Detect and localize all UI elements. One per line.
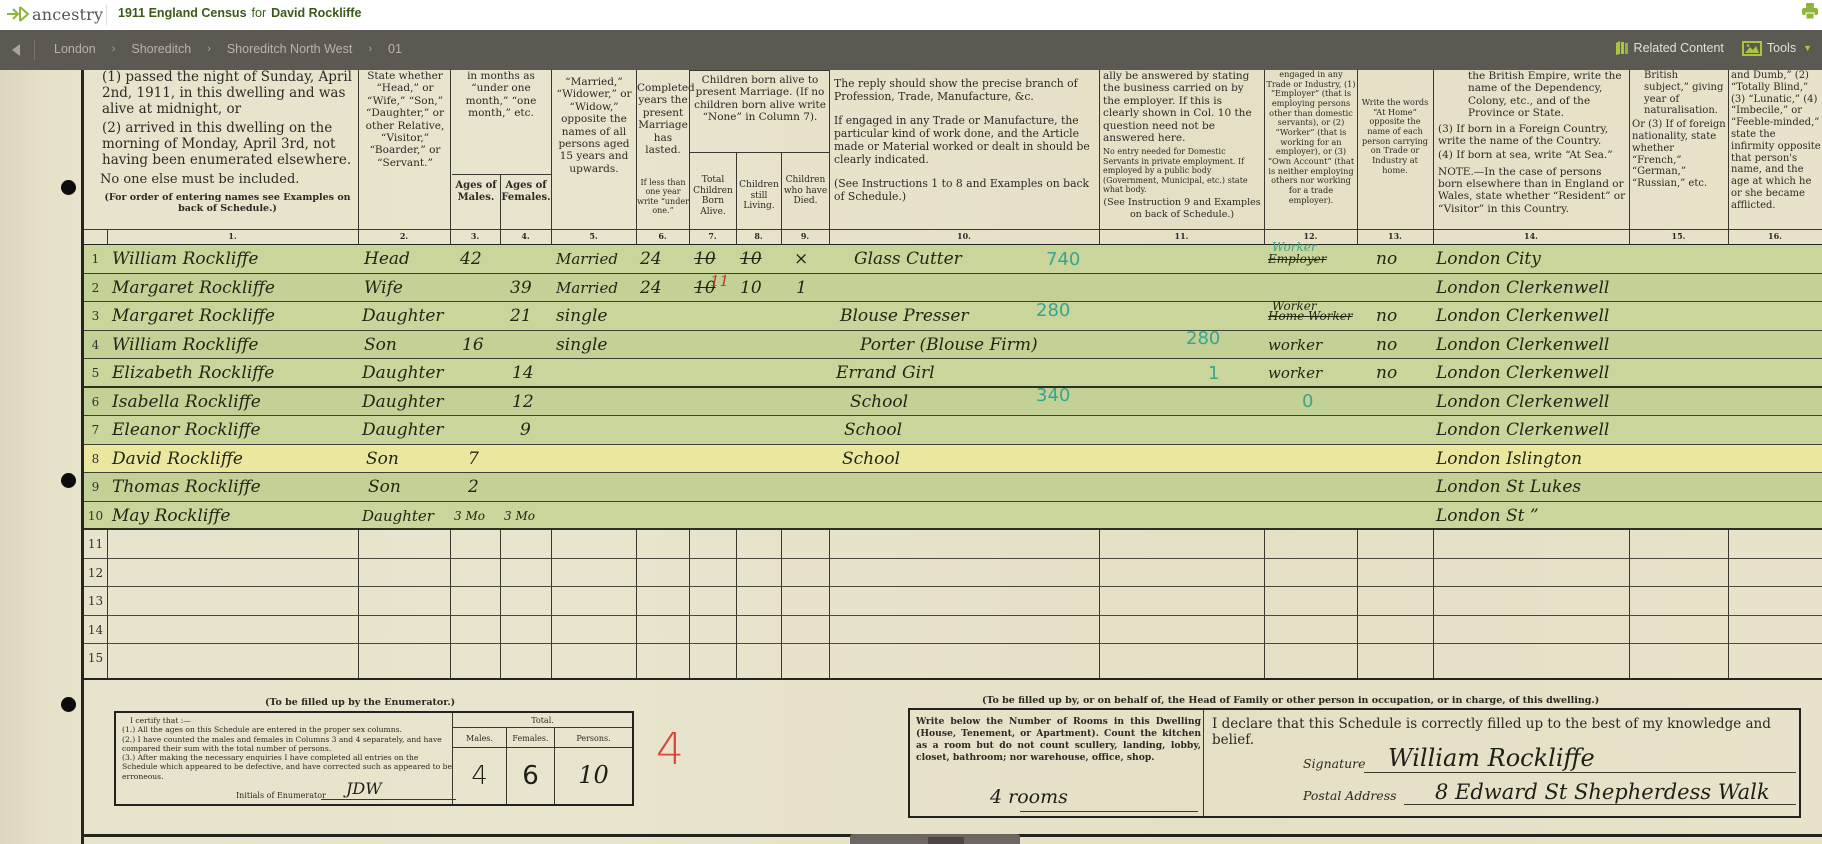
age-female-cell: 39	[510, 274, 532, 302]
age-female-cell: 12	[512, 388, 534, 416]
col11-header-b: No entry needed for Domestic Servants in…	[1103, 147, 1261, 194]
col6-note: If less than one year write “under one.”	[637, 178, 689, 216]
head-of-family-heading: (To be filled up by, or on behalf of, th…	[982, 695, 1599, 706]
column-number: 2.	[358, 231, 450, 245]
col6-header: Completed years the present Marriage has…	[637, 82, 689, 156]
rule	[321, 799, 456, 800]
rule	[453, 727, 632, 728]
occupation-code: 340	[1036, 382, 1070, 410]
signature-label: Signature	[1303, 756, 1366, 771]
rule	[84, 229, 1822, 230]
page-title: 1911 England CensusforDavid Rockliffe	[118, 6, 361, 20]
row-number: 3	[84, 302, 107, 330]
occupation-code: 280	[1036, 296, 1070, 324]
relation-cell: Son	[368, 473, 401, 501]
collection-title: 1911 England Census	[118, 6, 247, 20]
row-number: 10	[84, 502, 107, 530]
col34-header: in months as “under one month,” “one mon…	[452, 70, 550, 120]
occupation-cell: Glass Cutter	[854, 245, 962, 273]
row-number: 6	[84, 388, 107, 416]
age-male-cell: 16	[462, 331, 484, 359]
row-number: 1	[84, 245, 107, 273]
row-number: 11	[84, 530, 107, 558]
enumerator-initials: JDW	[346, 779, 382, 798]
column-number: 5.	[551, 231, 636, 245]
table-row[interactable]: 1 William Rockliffe Head 42 Married 24 1…	[84, 245, 1822, 274]
table-row[interactable]: 6 Isabella Rockliffe Daughter 12 School …	[84, 388, 1822, 417]
age-female-cell: 9	[520, 416, 531, 444]
certify-item-3: (3.) After making the necessary enquirie…	[122, 753, 452, 781]
industry-code: 1	[1208, 359, 1219, 387]
column-number: 4.	[500, 231, 551, 245]
col10-header-a: The reply should show the precise branch…	[834, 78, 1096, 103]
punch-hole	[61, 473, 76, 488]
table-row[interactable]: 10 May Rockliffe Daughter 3 Mo 3 Mo Lond…	[84, 502, 1822, 531]
certify-item-1: (1.) All the ages on this Schedule are e…	[122, 725, 452, 734]
birthplace-cell: London City	[1436, 245, 1541, 273]
column-number: 9.	[781, 231, 829, 245]
rule	[1020, 811, 1198, 812]
person-name-cell: William Rockliffe	[112, 331, 258, 359]
table-row-empty: 14	[84, 616, 1822, 645]
occupation-cell: School	[850, 388, 908, 416]
chevron-right-icon: ›	[207, 43, 211, 55]
living-cell: 10	[740, 245, 762, 273]
breadcrumb-01[interactable]: 01	[388, 42, 402, 56]
at-home-cell: no	[1376, 359, 1397, 387]
age-male-cell: 7	[468, 445, 479, 473]
chevron-right-icon: ›	[112, 43, 116, 55]
related-content-label: Related Content	[1634, 41, 1724, 55]
person-name-cell: Elizabeth Rockliffe	[112, 359, 274, 387]
relation-cell: Son	[364, 331, 397, 359]
enumerator-heading: (To be filled up by the Enumerator.)	[265, 697, 455, 708]
postal-address-label: Postal Address	[1303, 788, 1397, 803]
table-row[interactable]: 9 Thomas Rockliffe Son 2 London St Lukes	[84, 473, 1822, 502]
breadcrumb-shoreditch[interactable]: Shoreditch	[131, 42, 191, 56]
age-male-cell: 42	[460, 245, 482, 273]
col15-header-b: Or (3) If of foreign nationality, state …	[1632, 119, 1726, 190]
person-name: David Rockliffe	[271, 6, 361, 20]
row-number: 8	[84, 445, 107, 473]
industry-code: 280	[1186, 325, 1220, 353]
col11-header-a: ally be answered by stating the business…	[1103, 70, 1261, 144]
column-number: 3.	[450, 231, 500, 245]
col10-header: The reply should show the precise branch…	[834, 78, 1096, 204]
table-row[interactable]: 3 Margaret Rockliffe Daughter 21 single …	[84, 302, 1822, 331]
tools-button[interactable]: Tools ▼	[1742, 41, 1812, 56]
rule	[1203, 710, 1204, 816]
col1-instruction-2: (2) arrived in this dwelling on the morn…	[100, 121, 355, 169]
col3-subheader: Ages of Males.	[452, 180, 500, 204]
col11-header: ally be answered by stating the business…	[1103, 70, 1261, 220]
age-male-cell: 3 Mo	[454, 502, 485, 530]
caret-down-icon: ▼	[1803, 43, 1812, 53]
person-name-cell: Margaret Rockliffe	[112, 274, 275, 302]
col10-header-b: If engaged in any Trade or Manufacture, …	[834, 115, 1096, 166]
col1-instruction-1: (1) passed the night of Sunday, April 2n…	[100, 70, 355, 118]
total-females: 6	[507, 761, 554, 791]
rule	[689, 152, 829, 153]
row-number: 4	[84, 331, 107, 359]
occupation-cell: Blouse Presser	[840, 302, 969, 330]
col789-header: Children born alive to present Marriage.…	[691, 74, 829, 124]
age-female-cell: 3 Mo	[504, 502, 535, 530]
birthplace-cell: London Clerkenwell	[1436, 359, 1609, 387]
table-row-selected[interactable]: 8 David Rockliffe Son 7 School London Is…	[84, 445, 1822, 474]
at-home-cell: no	[1376, 245, 1397, 273]
occupation-cell: School	[844, 416, 902, 444]
drawer-grip-icon	[928, 837, 964, 844]
col13-header: Write the words “At Home” opposite the n…	[1359, 98, 1431, 175]
ancestry-logo[interactable]: ancestry	[6, 3, 103, 25]
row-number: 9	[84, 473, 107, 501]
years-married-cell: 24	[640, 245, 662, 273]
books-icon	[1615, 40, 1629, 56]
column-number: 6.	[636, 231, 689, 245]
row-number: 15	[84, 644, 107, 672]
col1-header: (1) passed the night of Sunday, April 2n…	[100, 70, 355, 214]
enumerator-box: I certify that :— (1.) All the ages on t…	[114, 711, 634, 806]
died-cell: 1	[796, 274, 807, 302]
top-header: ancestry 1911 England CensusforDavid Roc…	[0, 0, 1822, 30]
row-number: 13	[84, 587, 107, 615]
relation-cell: Head	[364, 245, 410, 273]
tools-label: Tools	[1767, 41, 1796, 55]
occupation-cell: Porter (Blouse Firm)	[860, 331, 1038, 359]
chevron-right-icon: ›	[368, 43, 372, 55]
column-number: 16.	[1728, 231, 1822, 245]
occupation-cell: School	[842, 445, 900, 473]
birthplace-cell: London St Lukes	[1436, 473, 1581, 501]
total-persons: 10	[555, 761, 632, 789]
divider	[106, 5, 107, 25]
divider	[34, 40, 35, 60]
col1-note: No one else must be included.	[100, 172, 355, 187]
birthplace-cell: London Clerkenwell	[1436, 388, 1609, 416]
row-number: 2	[84, 274, 107, 302]
signature-value: William Rockliffe	[1388, 744, 1595, 772]
table-row-empty: 15	[84, 644, 1822, 673]
birthplace-cell: London Clerkenwell	[1436, 302, 1609, 330]
rule	[453, 747, 632, 748]
certify-label: I certify that :—	[122, 716, 452, 725]
viewer-toolbar: London › Shoreditch › Shoreditch North W…	[0, 30, 1822, 70]
row-number: 7	[84, 416, 107, 444]
col8-subheader: Children still Living.	[737, 180, 781, 212]
col5-header: “Married,” “Widower,” or “Widow,” opposi…	[553, 76, 635, 175]
persons-label: Persons.	[555, 734, 632, 743]
index-drawer-handle[interactable]	[850, 834, 1020, 844]
census-image-viewer[interactable]: (1) passed the night of Sunday, April 2n…	[0, 70, 1822, 844]
table-row-empty: 12	[84, 559, 1822, 588]
birthplace-cell: London Clerkenwell	[1436, 331, 1609, 359]
person-name-cell: David Rockliffe	[112, 445, 243, 473]
at-home-cell: no	[1376, 302, 1397, 330]
living-cell: 10	[740, 274, 762, 302]
certify-item-2: (2.) I have counted the males and female…	[122, 735, 452, 754]
col14-header-d: NOTE.—In the case of persons born elsewh…	[1438, 166, 1626, 216]
employment-note: Worker	[1272, 233, 1317, 261]
relation-cell: Daughter	[362, 416, 444, 444]
birthplace-cell: London Clerkenwell	[1436, 274, 1609, 302]
column-number: 14.	[1433, 231, 1629, 245]
declaration-box: Write below the Number of Rooms in this …	[908, 708, 1801, 818]
age-male-cell: 2	[468, 473, 479, 501]
toolbar-actions: Related Content Tools ▼	[1615, 40, 1812, 56]
total-males: 4	[453, 761, 506, 791]
column-number: 1.	[107, 231, 358, 245]
age-female-cell: 14	[512, 359, 534, 387]
females-label: Females.	[507, 734, 554, 743]
column-number: 7.	[689, 231, 736, 245]
rule	[84, 678, 1822, 680]
for-label: for	[252, 6, 267, 20]
back-triangle-icon[interactable]	[10, 43, 22, 57]
breadcrumb-london[interactable]: London	[54, 42, 96, 56]
relation-cell: Daughter	[362, 502, 434, 530]
table-row-empty: 13	[84, 587, 1822, 616]
employment-note: Worker	[1272, 292, 1317, 320]
at-home-cell: no	[1376, 331, 1397, 359]
years-married-cell: 24	[640, 274, 662, 302]
enumerator-certification: I certify that :— (1.) All the ages on t…	[122, 716, 452, 781]
rooms-value: 4 rooms	[990, 786, 1068, 808]
rule	[689, 70, 829, 71]
column-number: 11.	[1099, 231, 1264, 245]
logo-text: ancestry	[32, 5, 103, 24]
punch-hole	[61, 180, 76, 195]
col2-header: State whether “Head,” or “Wife,” “Son,” …	[362, 70, 448, 169]
condition-cell: single	[556, 302, 608, 330]
employment-note: 0	[1302, 388, 1313, 416]
printer-icon[interactable]	[1802, 2, 1818, 20]
col10-header-c: (See Instructions 1 to 8 and Examples on…	[834, 178, 1096, 203]
table-row[interactable]: 5 Elizabeth Rockliffe Daughter 14 Errand…	[84, 359, 1822, 388]
col14-header-b: (3) If born in a Foreign Country, write …	[1438, 123, 1626, 148]
relation-cell: Wife	[364, 274, 403, 302]
birthplace-cell: London Islington	[1436, 445, 1582, 473]
row-number: 5	[84, 359, 107, 387]
col15-header-a: British subject,” giving year of natural…	[1632, 70, 1726, 117]
table-row-empty: 11	[84, 530, 1822, 559]
column-number: 8.	[736, 231, 781, 245]
col11-header-c: (See Instruction 9 and Examples on back …	[1103, 197, 1261, 219]
person-name-cell: Margaret Rockliffe	[112, 302, 275, 330]
person-name-cell: Eleanor Rockliffe	[112, 416, 261, 444]
relation-cell: Son	[366, 445, 399, 473]
rooms-instruction: Write below the Number of Rooms in this …	[916, 716, 1201, 765]
leaf-arrow-icon	[6, 6, 30, 22]
row-number: 12	[84, 559, 107, 587]
col14-header: the British Empire, write the name of th…	[1438, 70, 1626, 215]
employment-cell: worker	[1268, 359, 1322, 387]
col1-order-note: (For order of entering names see Example…	[100, 192, 355, 214]
punch-hole	[61, 697, 76, 712]
table-row[interactable]: 7 Eleanor Rockliffe Daughter 9 School Lo…	[84, 416, 1822, 445]
col4-subheader: Ages of Females.	[501, 180, 551, 204]
relation-cell: Daughter	[362, 359, 444, 387]
birthplace-cell: London Clerkenwell	[1436, 416, 1609, 444]
person-name-cell: Thomas Rockliffe	[112, 473, 261, 501]
males-label: Males.	[453, 734, 506, 743]
age-female-cell: 21	[510, 302, 532, 330]
person-name-cell: May Rockliffe	[112, 502, 230, 530]
occupation-cell: Errand Girl	[836, 359, 935, 387]
birthplace-cell: London St ”	[1436, 502, 1539, 530]
relation-cell: Daughter	[362, 302, 444, 330]
employment-cell: worker	[1268, 331, 1322, 359]
breadcrumb: London › Shoreditch › Shoreditch North W…	[54, 42, 402, 56]
col16-header: and Dumb,” (2) “Totally Blind,” (3) “Lun…	[1731, 70, 1822, 212]
died-cell: ×	[794, 245, 808, 273]
rule	[1364, 772, 1796, 773]
col12-header: engaged in any Trade or Industry, (1) “E…	[1266, 70, 1356, 205]
rule	[1404, 804, 1796, 805]
related-content-button[interactable]: Related Content	[1615, 40, 1724, 56]
condition-cell: single	[556, 331, 608, 359]
person-name-cell: Isabella Rockliffe	[112, 388, 261, 416]
red-annotation: 4	[656, 724, 684, 775]
col15-header: British subject,” giving year of natural…	[1632, 70, 1726, 190]
col14-header-c: (4) If born at sea, write “At Sea.”	[1438, 149, 1626, 161]
col14-header-a: the British Empire, write the name of th…	[1438, 70, 1626, 120]
relation-cell: Daughter	[362, 388, 444, 416]
born-alive-correction: 11	[710, 267, 729, 295]
table-row[interactable]: 2 Margaret Rockliffe Wife 39 Married 24 …	[84, 274, 1822, 303]
person-name-cell: William Rockliffe	[112, 245, 258, 273]
postal-address-value: 8 Edward St Shepherdess Walk	[1435, 780, 1770, 804]
column-number: 10.	[829, 231, 1099, 245]
column-number: 13.	[1357, 231, 1433, 245]
row-number: 14	[84, 616, 107, 644]
total-label: Total.	[453, 716, 632, 725]
table-row[interactable]: 4 William Rockliffe Son 16 single Porter…	[84, 331, 1822, 360]
occupation-code: 740	[1046, 245, 1080, 273]
col9-subheader: Children who have Died.	[782, 175, 829, 207]
condition-cell: Married	[556, 245, 618, 273]
condition-cell: Married	[556, 274, 618, 302]
initials-label: Initials of Enumerator	[236, 791, 326, 800]
col7-subheader: Total Children Born Alive.	[690, 175, 736, 217]
breadcrumb-shoreditch-north-west[interactable]: Shoreditch North West	[227, 42, 353, 56]
column-number: 15.	[1629, 231, 1728, 245]
rule	[452, 174, 551, 175]
image-icon	[1742, 41, 1762, 56]
